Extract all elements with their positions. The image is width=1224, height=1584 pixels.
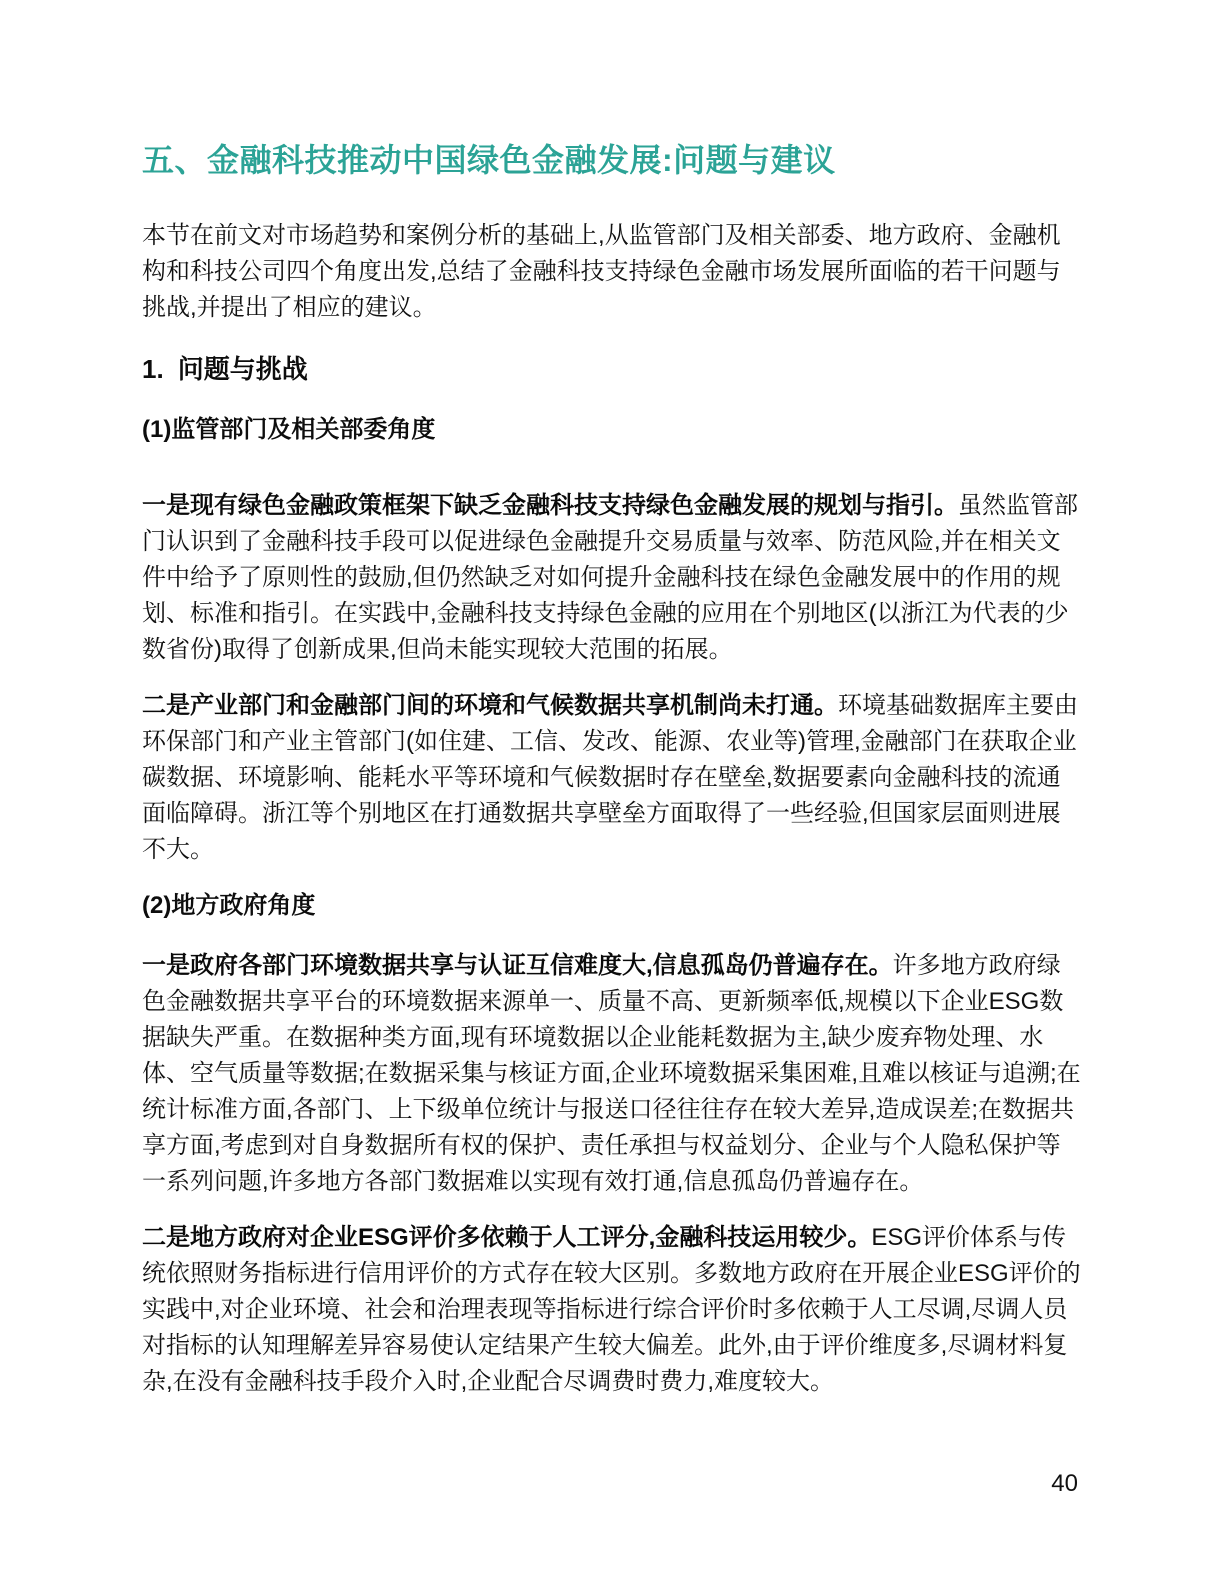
- section-1-heading: 1.问题与挑战: [142, 352, 1082, 386]
- paragraph-regulator-1: 一是现有绿色金融政策框架下缺乏金融科技支持绿色金融发展的规划与指引。虽然监管部门…: [142, 488, 1082, 668]
- section-title: 问题与挑战: [178, 354, 308, 384]
- paragraph-localgov-1: 一是政府各部门环境数据共享与认证互信难度大,信息孤岛仍普遍存在。许多地方政府绿色…: [142, 948, 1082, 1200]
- paragraph-lead: 一是政府各部门环境数据共享与认证互信难度大,信息孤岛仍普遍存在。: [142, 952, 893, 979]
- paragraph-text: 许多地方政府绿色金融数据共享平台的环境数据来源单一、质量不高、更新频率低,规模以…: [142, 952, 1081, 1195]
- section-number: 1.: [142, 354, 164, 384]
- page-content: 五、金融科技推动中国绿色金融发展:问题与建议 本节在前文对市场趋势和案例分析的基…: [142, 0, 1082, 1400]
- intro-paragraph: 本节在前文对市场趋势和案例分析的基础上,从监管部门及相关部委、地方政府、金融机构…: [142, 218, 1082, 326]
- page-number: 40: [1051, 1468, 1078, 1500]
- paragraph-lead: 二是产业部门和金融部门间的环境和气候数据共享机制尚未打通。: [142, 692, 838, 719]
- document-page: 五、金融科技推动中国绿色金融发展:问题与建议 本节在前文对市场趋势和案例分析的基…: [0, 0, 1224, 1584]
- chapter-title: 五、金融科技推动中国绿色金融发展:问题与建议: [142, 138, 1082, 182]
- subsection-2-heading: (2)地方政府角度: [142, 890, 1082, 922]
- subsection-1-heading: (1)监管部门及相关部委角度: [142, 414, 1082, 446]
- paragraph-lead: 一是现有绿色金融政策框架下缺乏金融科技支持绿色金融发展的规划与指引。: [142, 492, 958, 519]
- paragraph-localgov-2: 二是地方政府对企业ESG评价多依赖于人工评分,金融科技运用较少。ESG评价体系与…: [142, 1220, 1082, 1400]
- paragraph-lead: 二是地方政府对企业ESG评价多依赖于人工评分,金融科技运用较少。: [142, 1224, 871, 1251]
- paragraph-regulator-2: 二是产业部门和金融部门间的环境和气候数据共享机制尚未打通。环境基础数据库主要由环…: [142, 688, 1082, 868]
